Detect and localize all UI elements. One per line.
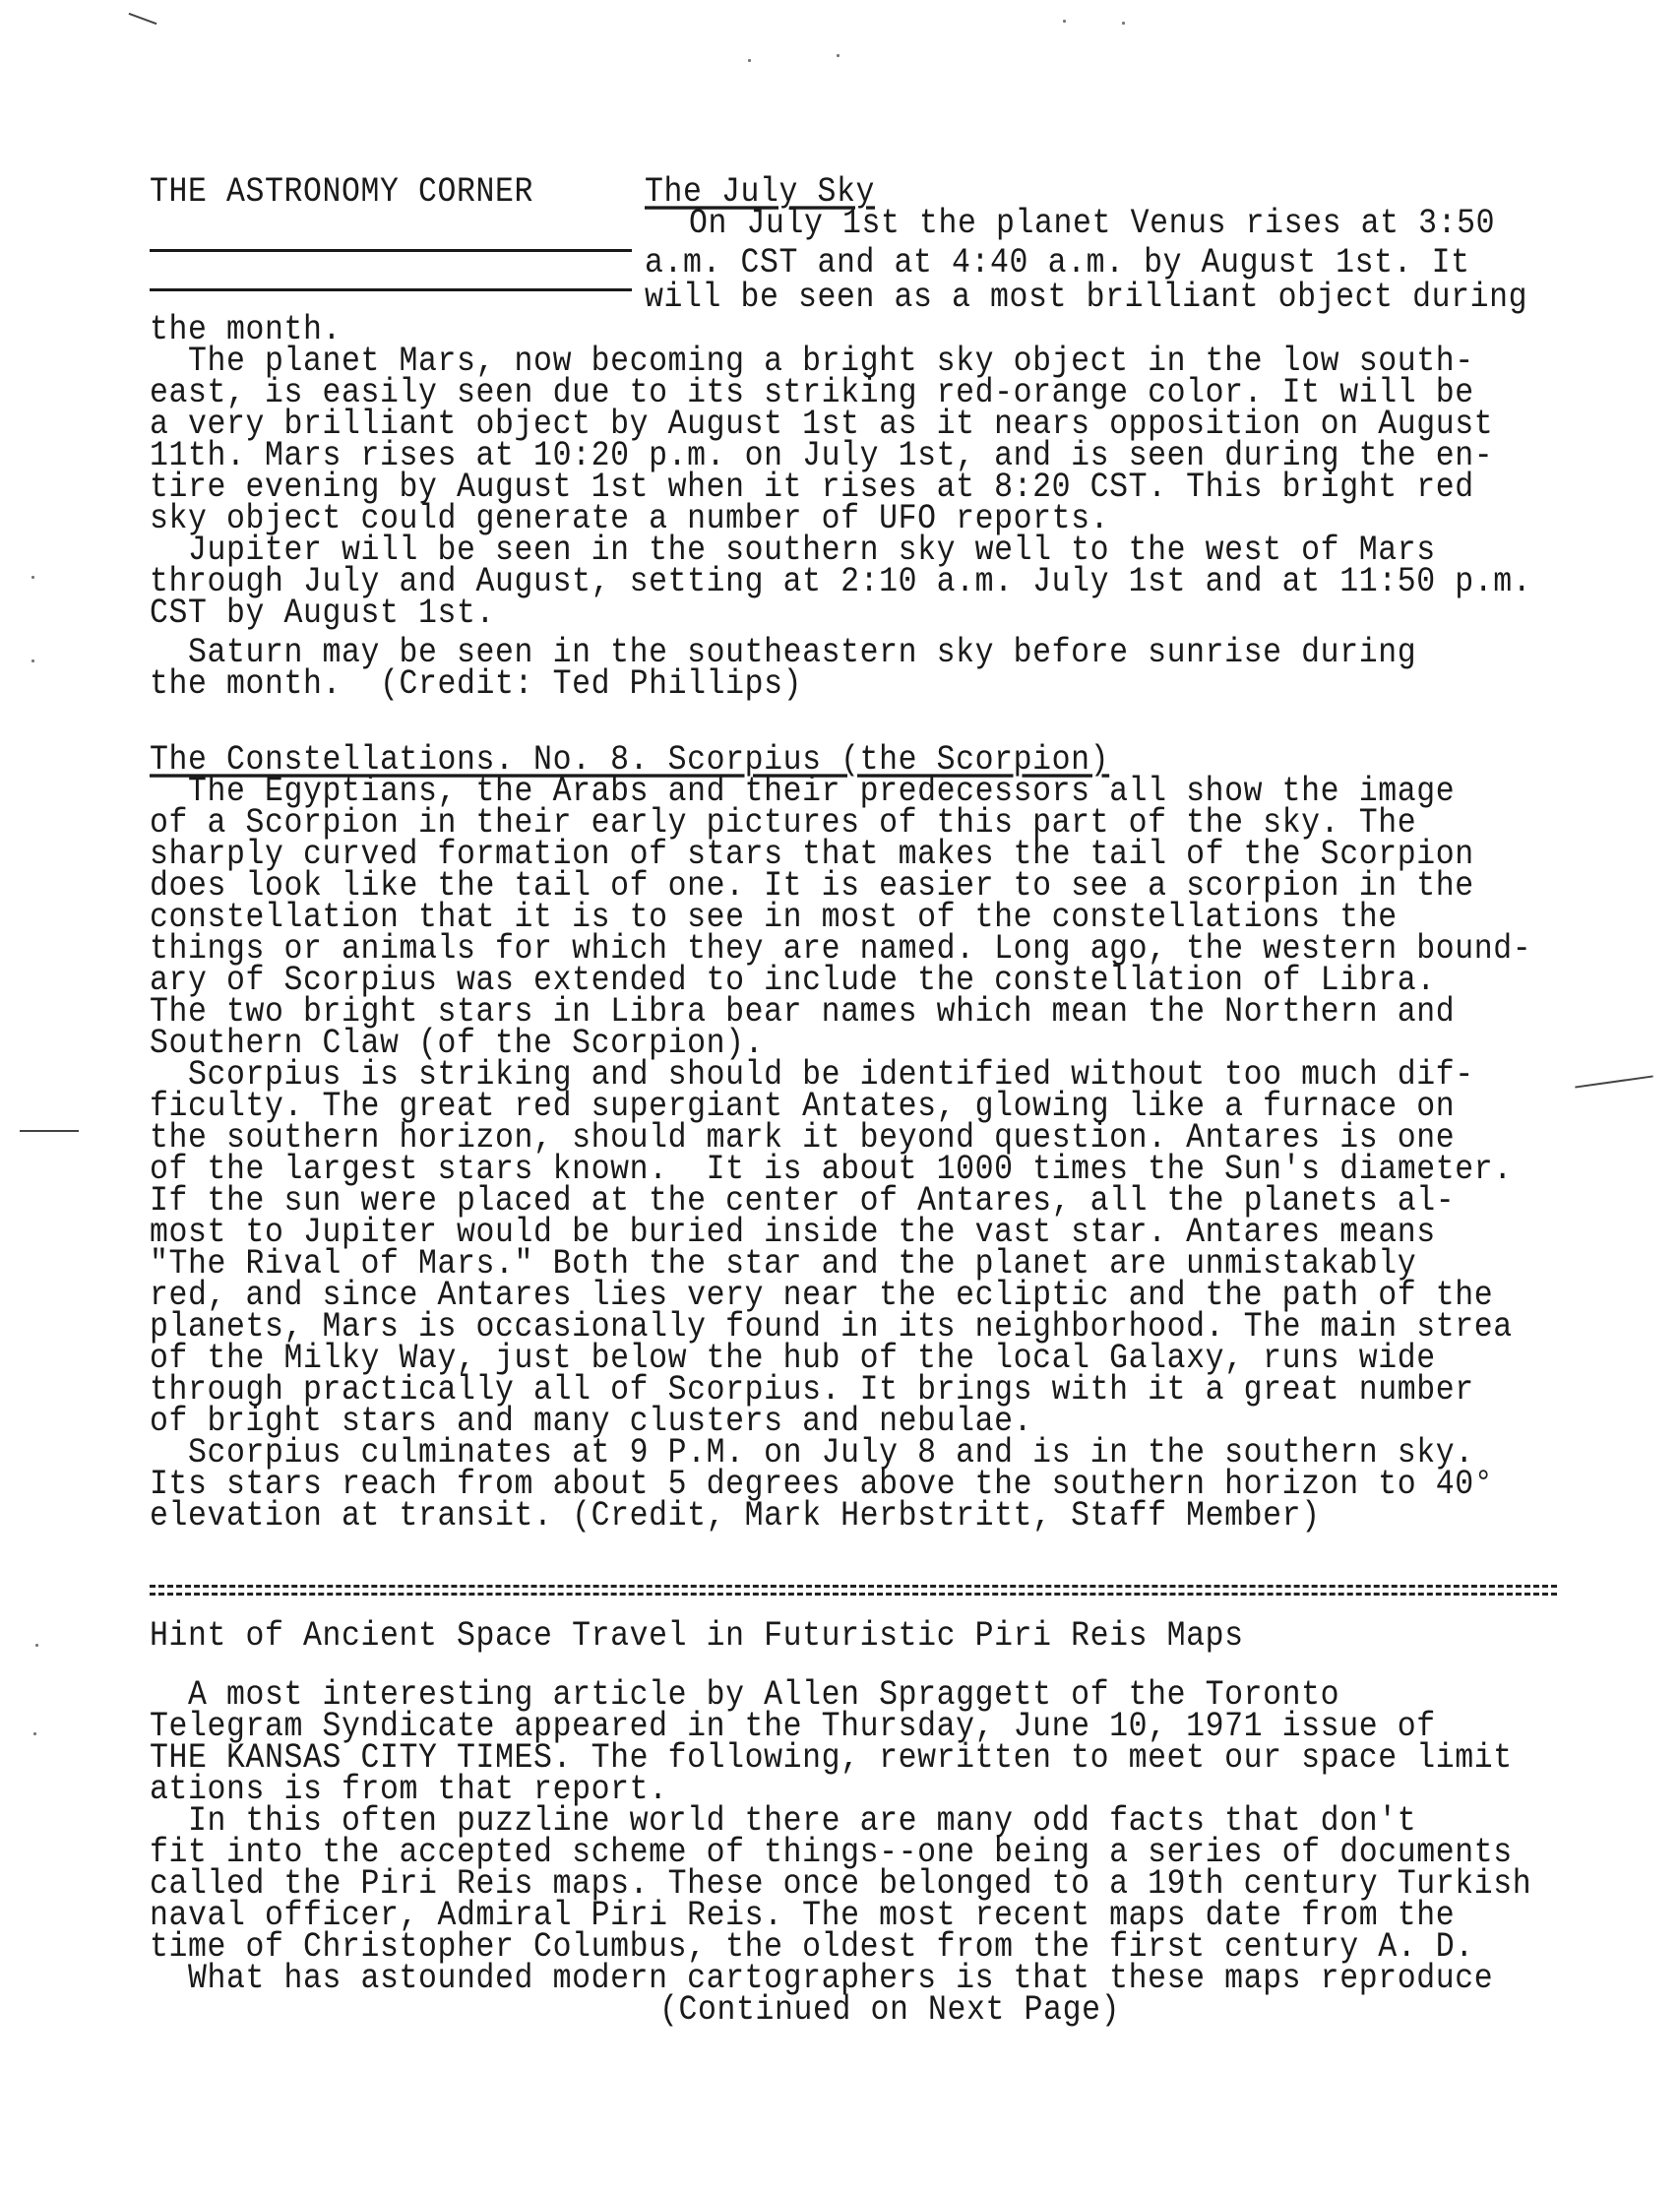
scan-artifact — [33, 1732, 36, 1735]
scan-artifact — [129, 13, 157, 25]
paragraph-line: elevation at transit. (Credit, Mark Herb… — [150, 1499, 1321, 1535]
document-page: THE ASTRONOMY CORNER The July Sky On Jul… — [0, 0, 1680, 2194]
paragraph-line: On July 1st the planet Venus rises at 3:… — [689, 207, 1495, 242]
paragraph-line: the month. (Credit: Ted Phillips) — [150, 667, 802, 703]
scan-artifact — [1122, 22, 1125, 25]
scan-artifact — [20, 1130, 79, 1132]
scan-artifact — [748, 59, 751, 62]
scan-artifact — [31, 576, 34, 579]
header-rule-2 — [150, 288, 632, 291]
scan-artifact — [837, 54, 840, 57]
section-heading-piri-reis: Hint of Ancient Space Travel in Futurist… — [150, 1619, 1244, 1655]
scan-artifact — [1575, 1075, 1652, 1088]
continued-note: (Continued on Next Page) — [659, 1993, 1120, 2029]
scan-artifact — [1063, 20, 1066, 23]
paragraph-line: a.m. CST and at 4:40 a.m. by August 1st.… — [645, 246, 1470, 282]
paragraph-line: CST by August 1st. — [150, 596, 495, 632]
section-separator — [150, 1585, 1557, 1596]
scan-artifact — [35, 1644, 38, 1647]
header-rule-1 — [150, 249, 632, 252]
column-title: THE ASTRONOMY CORNER — [150, 175, 533, 211]
paragraph-line: will be seen as a most brilliant object … — [645, 281, 1527, 316]
scan-artifact — [31, 659, 34, 662]
